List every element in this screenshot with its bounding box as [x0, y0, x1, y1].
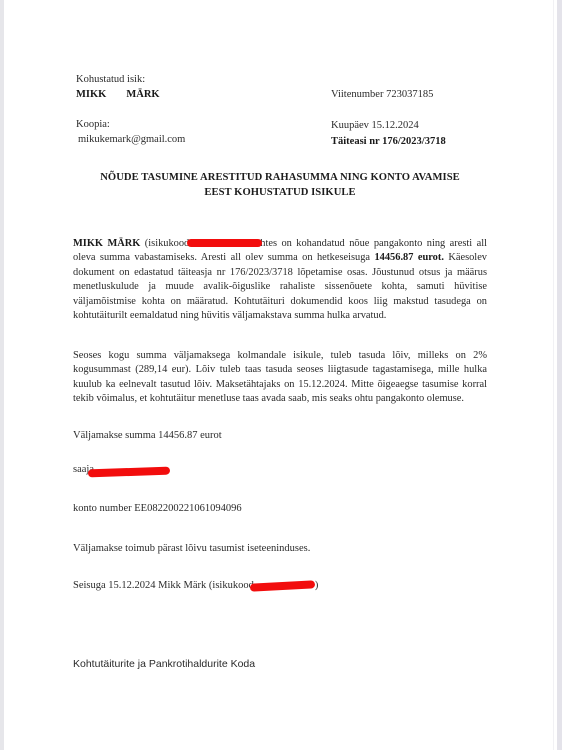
- document-title: NÕUDE TASUMINE ARESTITUD RAHASUMMA NING …: [60, 170, 500, 200]
- copy-label: Koopia:: [76, 118, 110, 131]
- payout-note: Väljamakse toimub pärast lõivu tasumist …: [73, 542, 310, 555]
- paragraph-claim: MIKK MÄRK (isikukoodhtes on kohandatud n…: [73, 237, 487, 323]
- issuing-organization: Kohtutäiturite ja Pankrotihaldurite Koda: [73, 658, 255, 670]
- status-text: Seisuga 15.12.2024 Mikk Märk (isikukood: [73, 580, 254, 591]
- payout-amount: Väljamakse summa 14456.87 eurot: [73, 429, 222, 442]
- enforcement-case-number: Täiteasi nr 176/2023/3718: [331, 135, 446, 148]
- obligor-last-name: MÄRK: [126, 89, 159, 100]
- document-title-line1: NÕUDE TASUMINE ARESTITUD RAHASUMMA NING …: [60, 170, 500, 185]
- page-edge-left: [0, 0, 4, 750]
- status-line: Seisuga 15.12.2024 Mikk Märk (isikukood): [73, 579, 318, 592]
- redaction-mark: [88, 466, 170, 477]
- debtor-name: MIKK MÄRK: [73, 238, 140, 249]
- page-edge-right-shadow: [553, 0, 554, 750]
- obligor-first-name: MIKK: [76, 89, 106, 100]
- redaction-mark: [187, 239, 262, 247]
- page-edge-right: [557, 0, 562, 750]
- document-title-line2: EEST KOHUSTATUD ISIKULE: [60, 185, 500, 200]
- id-code-label: (isikukood: [140, 238, 189, 249]
- reference-number: Viitenumber 723037185: [331, 88, 433, 101]
- account-number: konto number EE082200221061094096: [73, 502, 242, 515]
- obligor-label: Kohustatud isik:: [76, 73, 145, 86]
- obligor-name: MIKKMÄRK: [76, 88, 160, 101]
- redaction-mark: [250, 580, 315, 591]
- arrested-amount: 14456.87 eurot.: [374, 252, 443, 263]
- copy-email: mikukemark@gmail.com: [78, 133, 185, 146]
- paragraph-fee: Seoses kogu summa väljamaksega kolmandal…: [73, 349, 487, 407]
- document-date: Kuupäev 15.12.2024: [331, 119, 419, 132]
- recipient-line: saaja: [73, 463, 170, 476]
- status-suffix: ): [315, 580, 319, 591]
